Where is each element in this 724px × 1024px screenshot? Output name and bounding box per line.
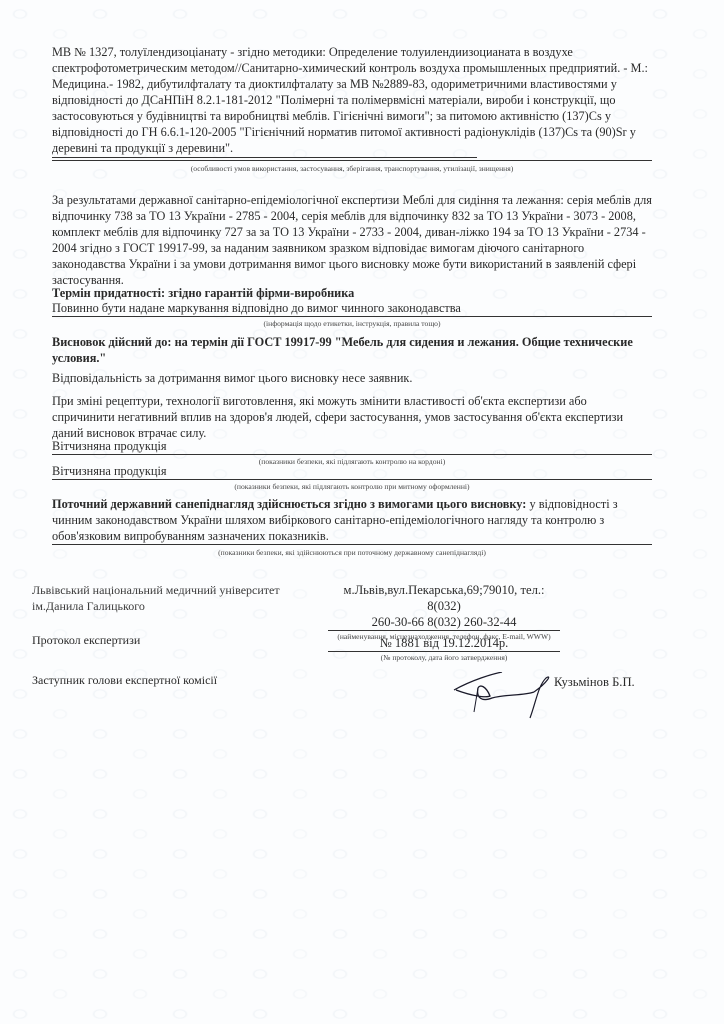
signatory-title: Заступник голови експертної комісії xyxy=(32,672,352,688)
protocol-caption: (№ протоколу, дата його затвердження) xyxy=(328,653,560,663)
methods-paragraph: МВ № 1327, толуїлендизоціанату - згідно … xyxy=(52,44,652,156)
validity-statement: Висновок дійсний до: на термін дії ГОСТ … xyxy=(52,334,652,366)
protocol-label: Протокол експертизи xyxy=(32,632,332,648)
signature-icon xyxy=(452,672,562,720)
marking-requirement: Повинно бути надане маркування відповідн… xyxy=(52,300,652,317)
protocol-number: № 1881 від 19.12.2014р. xyxy=(328,635,560,652)
supervision-heading: Поточний державний санепіднагляд здійсню… xyxy=(52,497,526,511)
supervision-paragraph: Поточний державний санепіднагляд здійсню… xyxy=(52,496,652,545)
institution-name: Львівський національний медичний універс… xyxy=(32,582,352,614)
customs-control-caption: (показники безпеки, які підлягають контр… xyxy=(52,482,652,492)
usage-rule xyxy=(52,160,652,161)
responsibility-statement: Відповідальність за дотримання вимог цьо… xyxy=(52,370,652,386)
address-line-2: 260-30-66 8(032) 260-32-44 xyxy=(372,615,517,629)
protocol-block: № 1881 від 19.12.2014р. (№ протоколу, да… xyxy=(328,635,560,663)
methods-rule xyxy=(52,157,477,158)
signatory-name: Кузьмінов Б.П. xyxy=(554,674,635,690)
address: м.Львів,вул.Пекарська,69;79010, тел.: 8(… xyxy=(328,582,560,631)
methods-text: МВ № 1327, толуїлендизоціанату - згідно … xyxy=(52,45,648,155)
address-line-1: м.Львів,вул.Пекарська,69;79010, тел.: 8(… xyxy=(343,583,544,613)
customs-control-value: Вітчизняна продукція xyxy=(52,463,652,480)
label-caption: (інформація щодо етикетки, інструкція, п… xyxy=(52,319,652,329)
address-block: м.Львів,вул.Пекарська,69;79010, тел.: 8(… xyxy=(328,582,560,642)
institution-line-2: ім.Данила Галицького xyxy=(32,599,145,613)
usage-caption: (особливості умов використання, застосув… xyxy=(52,164,652,174)
results-paragraph: За результатами державної санітарно-епід… xyxy=(52,192,652,288)
shelf-life: Термін придатності: згідно гарантій фірм… xyxy=(52,285,652,301)
supervision-caption: (показники безпеки, які здійснюються при… xyxy=(52,548,652,558)
change-clause: При зміні рецептури, технології виготовл… xyxy=(52,393,652,441)
border-control-value: Вітчизняна продукція xyxy=(52,438,652,455)
institution-line-1: Львівський національний медичний універс… xyxy=(32,583,280,597)
